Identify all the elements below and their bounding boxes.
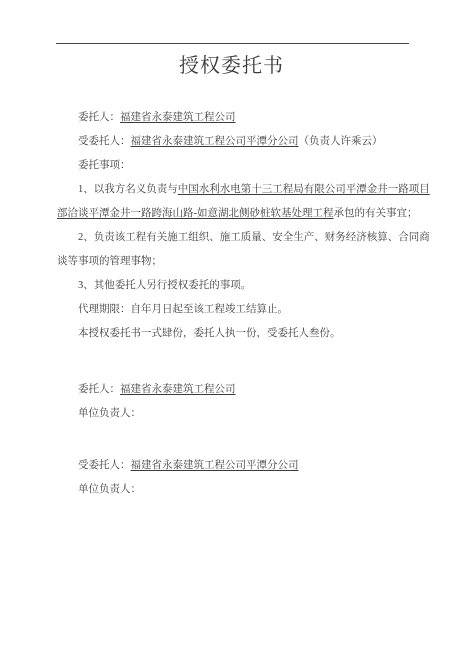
principal-label: 委托人： bbox=[78, 112, 120, 123]
matter-item-1-prefix: 1、以我方名义负责与 bbox=[78, 184, 178, 195]
matters-heading: 委托事项： bbox=[57, 154, 437, 178]
agent-note: （负责人许乘云） bbox=[299, 136, 383, 147]
agency-period-line: 代理期限：自年月日起至该工程竣工结算止。 bbox=[57, 298, 437, 322]
matter-item-2: 2、负责该工程有关施工组织、施工质量、安全生产、财务经济核算、合同商谈等事项的管… bbox=[57, 226, 437, 274]
header-rule bbox=[56, 43, 409, 44]
spacer bbox=[57, 346, 437, 378]
matter-item-1-suffix: 承包的有关事宜； bbox=[334, 208, 418, 219]
document-body: 委托人：福建省永泰建筑工程公司 受委托人：福建省永泰建筑工程公司平潭分公司（负责… bbox=[0, 106, 463, 502]
signature-agent-head-line: 单位负责人： bbox=[57, 478, 437, 502]
principal-value: 福建省永泰建筑工程公司 bbox=[120, 112, 236, 123]
document-page: 授权委托书 委托人：福建省永泰建筑工程公司 受委托人：福建省永泰建筑工程公司平潭… bbox=[0, 0, 463, 655]
agent-label: 受委托人： bbox=[78, 136, 131, 147]
signature-principal-label: 委托人： bbox=[78, 384, 120, 395]
signature-principal-line: 委托人：福建省永泰建筑工程公司 bbox=[57, 378, 437, 402]
agent-value: 福建省永泰建筑工程公司平潭分公司 bbox=[131, 136, 299, 147]
spacer bbox=[57, 426, 437, 454]
signature-agent-label: 受委托人： bbox=[78, 460, 131, 471]
agent-line: 受委托人：福建省永泰建筑工程公司平潭分公司（负责人许乘云） bbox=[57, 130, 437, 154]
principal-line: 委托人：福建省永泰建筑工程公司 bbox=[57, 106, 437, 130]
page-title: 授权委托书 bbox=[0, 0, 463, 80]
matter-item-3: 3、其他委托人另行授权委托的事项。 bbox=[57, 274, 437, 298]
signature-principal-value: 福建省永泰建筑工程公司 bbox=[120, 384, 236, 395]
matter-item-1: 1、以我方名义负责与中国水利水电第十三工程局有限公司平潭金井一路项目部洽谈平潭金… bbox=[57, 178, 437, 226]
signature-principal-head-line: 单位负责人： bbox=[57, 402, 437, 426]
copies-line: 本授权委托书一式肆份，委托人执一份，受委托人叁份。 bbox=[57, 322, 437, 346]
signature-agent-line: 受委托人：福建省永泰建筑工程公司平潭分公司 bbox=[57, 454, 437, 478]
signature-agent-value: 福建省永泰建筑工程公司平潭分公司 bbox=[131, 460, 299, 471]
